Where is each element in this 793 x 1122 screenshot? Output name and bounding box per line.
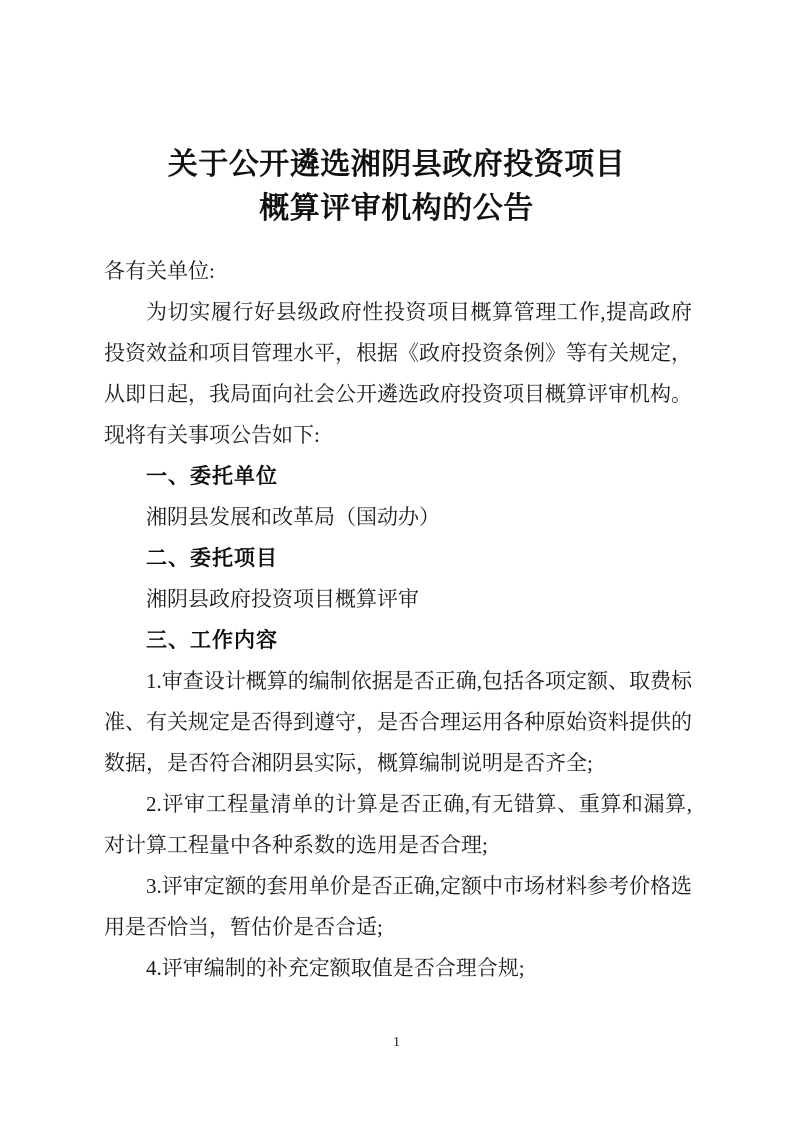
- document-title-line-1: 关于公开遴选湘阴县政府投资项目: [0, 143, 793, 187]
- work-content-item-3: 3.评审定额的套用单价是否正确,定额中市场材料参考价格选用是否恰当，暂估价是否合…: [104, 866, 692, 948]
- work-content-item-2: 2.评审工程量清单的计算是否正确,有无错算、重算和漏算,对计算工程量中各种系数的…: [104, 784, 692, 866]
- intro-paragraph: 为切实履行好县级政府性投资项目概算管理工作,提高政府投资效益和项目管理水平，根据…: [104, 292, 692, 456]
- salutation: 各有关单位:: [104, 251, 692, 292]
- document-body: 各有关单位: 为切实履行好县级政府性投资项目概算管理工作,提高政府投资效益和项目…: [104, 251, 692, 989]
- document-title-line-2: 概算评审机构的公告: [0, 187, 793, 231]
- work-content-item-1: 1.审查设计概算的编制依据是否正确,包括各项定额、取费标准、有关规定是否得到遵守…: [104, 661, 692, 784]
- document-page: 关于公开遴选湘阴县政府投资项目 概算评审机构的公告 各有关单位: 为切实履行好县…: [0, 0, 793, 1122]
- document-title: 关于公开遴选湘阴县政府投资项目 概算评审机构的公告: [0, 143, 793, 231]
- section-body-entrusting-unit: 湘阴县发展和改革局（国动办）: [104, 497, 692, 538]
- work-content-item-4: 4.评审编制的补充定额取值是否合理合规;: [104, 948, 692, 989]
- section-heading-entrusted-project: 二、委托项目: [104, 538, 692, 579]
- section-heading-work-content: 三、工作内容: [104, 620, 692, 661]
- section-heading-entrusting-unit: 一、委托单位: [104, 456, 692, 497]
- section-body-entrusted-project: 湘阴县政府投资项目概算评审: [104, 579, 692, 620]
- page-number: 1: [0, 1034, 793, 1052]
